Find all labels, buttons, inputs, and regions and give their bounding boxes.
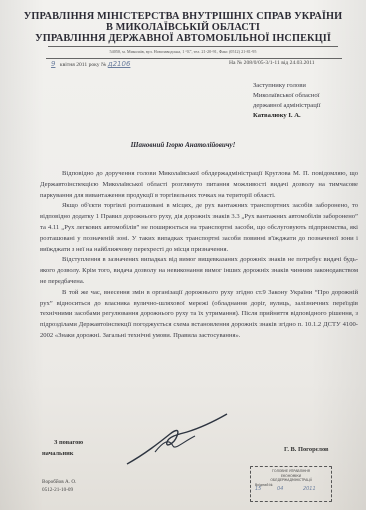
letterhead-line-2: В МИКОЛАЇВСЬКІЙ ОБЛАСТІ xyxy=(0,22,366,33)
reference-number: На № 208/0/05-3/1-11 від 24.03.2011 xyxy=(229,60,315,66)
paragraph-1: Відповідно до доручення голови Миколаївс… xyxy=(40,169,358,201)
stamp-month: 04 xyxy=(263,486,283,492)
stamp-year: 2011 xyxy=(285,486,316,492)
closing-position: начальник xyxy=(42,448,83,459)
incoming-registration-stamp: ГОЛОВНЕ УПРАВЛІННЯ ЕКОНОМІКИ ОБЛДЕРЖАДМІ… xyxy=(250,466,332,502)
letterhead-line-1: УПРАВЛІННЯ МІНІСТЕРСТВА ВНУТРІШНІХ СПРАВ… xyxy=(0,11,366,22)
recipient-block: Заступнику голови Миколаївської обласної… xyxy=(253,81,320,121)
recipient-name: Катвалюку І. А. xyxy=(253,112,301,119)
header-rule-bottom xyxy=(46,58,342,59)
outgoing-number-line: 9 квітня 2011 року № д2106 xyxy=(48,60,136,68)
executor-phone: 0512-21-10-09 xyxy=(42,486,76,494)
signatory-name: Г. В. Погорєлов xyxy=(284,446,329,453)
recipient-line-1: Заступнику голови xyxy=(253,81,320,91)
closing-regards: З повагою xyxy=(42,437,83,448)
outgoing-number-label: № xyxy=(101,62,106,68)
recipient-line-3: державної адміністрації xyxy=(253,101,320,111)
paragraph-2: Якщо об'єкти торгівлі розташовані в місц… xyxy=(40,201,358,255)
recipient-line-2: Миколаївської обласної xyxy=(253,91,320,101)
letter-page: УПРАВЛІННЯ МІНІСТЕРСТВА ВНУТРІШНІХ СПРАВ… xyxy=(0,0,366,510)
executor-name: Воробйов А. О. xyxy=(42,478,76,486)
paragraph-4: В той же час, внесення змін в організаці… xyxy=(40,288,358,342)
paragraph-3: Відступлення в зазначених випадках від в… xyxy=(40,255,358,287)
outgoing-date: квітня 2011 року xyxy=(60,62,100,68)
salutation: Шановний Ігорю Анатолійовичу! xyxy=(0,141,366,149)
closing-block: З повагою начальник xyxy=(42,437,83,459)
stamp-date: 15 04 2011 xyxy=(251,487,331,492)
letterhead-address: 54050, м. Миколаїв, вул. Новозаводська, … xyxy=(0,49,366,54)
letter-body: Відповідно до доручення голови Миколаївс… xyxy=(40,169,358,342)
letterhead-line-3: УПРАВЛІННЯ ДЕРЖАВНОЇ АВТОМОБІЛЬНОЇ ІНСПЕ… xyxy=(0,33,366,44)
signature-icon xyxy=(125,412,230,467)
header-rule-top xyxy=(48,46,338,47)
executor-block: Воробйов А. О. 0512-21-10-09 xyxy=(42,478,76,494)
outgoing-day: 9 xyxy=(48,60,58,68)
outgoing-number: д2106 xyxy=(108,60,137,68)
stamp-day: 15 xyxy=(255,486,261,492)
